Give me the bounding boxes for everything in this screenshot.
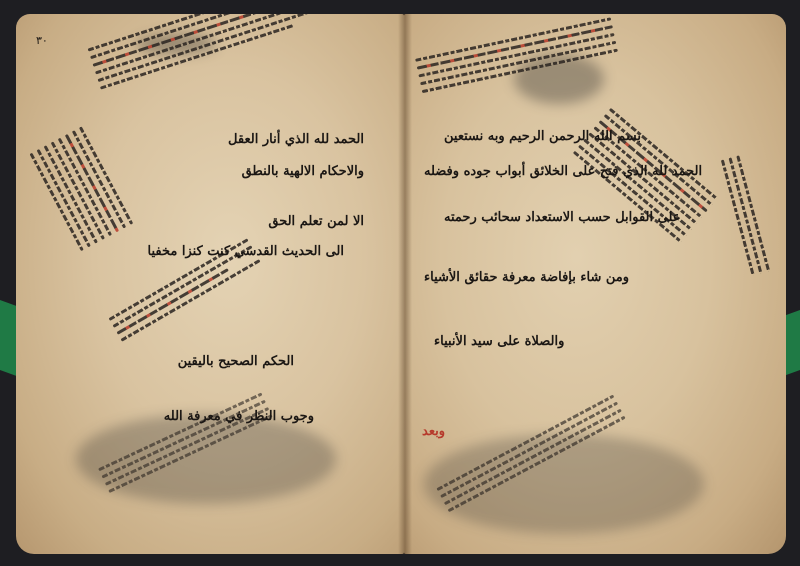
main-text-line: والاحكام الالهية بالنطق bbox=[242, 164, 364, 179]
marginal-commentary bbox=[25, 124, 138, 254]
main-text-line: على القوابل حسب الاستعداد سحائب رحمته bbox=[444, 210, 681, 225]
red-rubric-wa-bad: وبعد bbox=[422, 424, 445, 439]
main-text-line: ومن شاء بإفاضة معرفة حقائق الأشياء bbox=[424, 270, 629, 285]
open-manuscript: الحمد لله الذي أنار العقل والاحكام الاله… bbox=[16, 14, 786, 554]
main-text-line: الا لمن تعلم الحق bbox=[268, 214, 364, 229]
marginal-commentary bbox=[716, 154, 775, 277]
main-text-line: الحمد لله الذي فتح على الخلائق أبواب جود… bbox=[424, 164, 702, 179]
folio-number: ٣٠ bbox=[36, 34, 48, 47]
main-text-line: وجوب النظر في معرفة الله bbox=[164, 409, 314, 424]
main-text-line: الحمد لله الذي أنار العقل bbox=[228, 132, 364, 147]
main-text-line: الى الحديث القدسي كنت كنزا مخفيا bbox=[148, 244, 345, 259]
main-text-line: والصلاة على سيد الأنبياء bbox=[434, 334, 564, 349]
left-page: الحمد لله الذي أنار العقل والاحكام الاله… bbox=[16, 14, 404, 554]
main-text-line: الحكم الصحيح باليقين bbox=[178, 354, 294, 369]
right-page: بسم الله الرحمن الرحيم وبه نستعين الحمد … bbox=[404, 14, 786, 554]
basmala-heading: بسم الله الرحمن الرحيم وبه نستعين bbox=[444, 129, 641, 144]
marginal-commentary bbox=[86, 14, 378, 94]
book-gutter bbox=[398, 14, 412, 554]
